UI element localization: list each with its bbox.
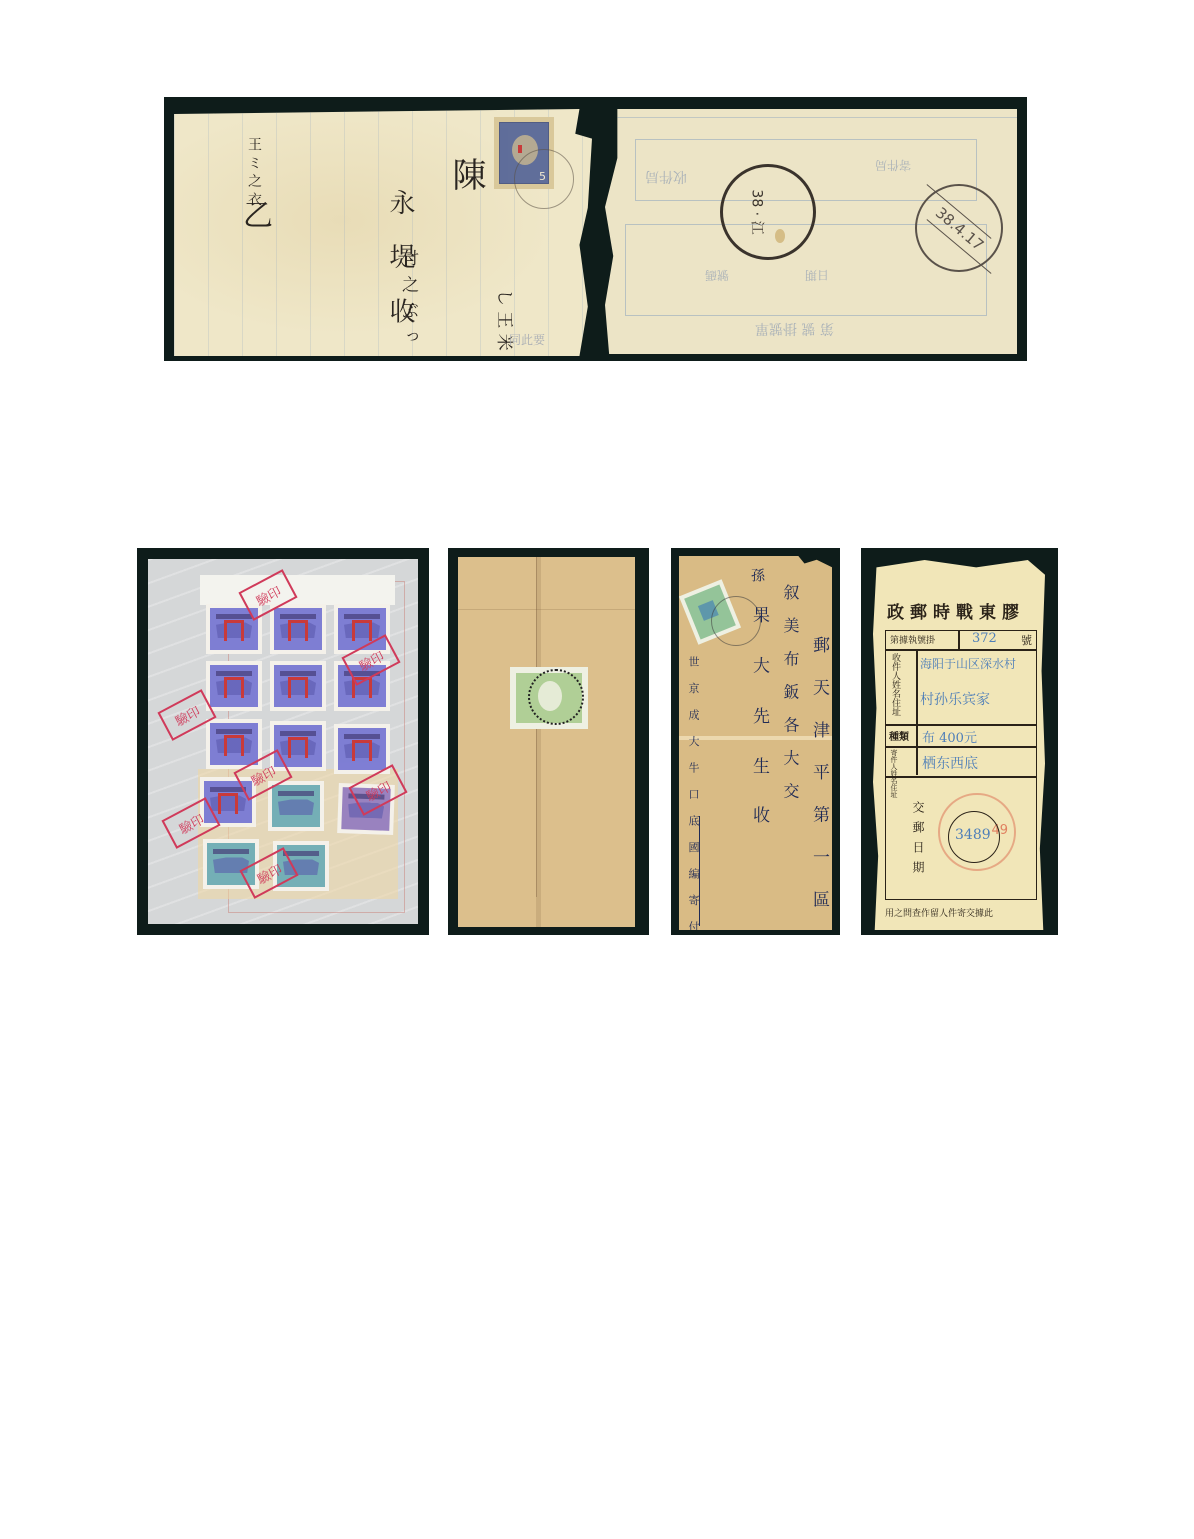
receipt-no-suffix: 號 xyxy=(1021,632,1032,648)
addressee-name: 果 大 先 生 xyxy=(747,606,772,788)
back-postmark-left: 38 · 江 xyxy=(720,164,816,260)
addressee-receive: 收 xyxy=(747,806,772,823)
wrapper-paper: 驗印驗印驗印驗印驗印驗印驗印 xyxy=(148,559,418,924)
green-stamp-postmark xyxy=(528,669,584,725)
return-column: 乙 xyxy=(232,199,276,229)
recipient-address-line2: 村孙乐宾家 xyxy=(920,689,990,709)
receipt-title: 膠東戰時郵政 xyxy=(887,598,1025,623)
printed-label-4: 收件局 xyxy=(645,167,687,187)
receipt-number: 372 xyxy=(972,631,997,646)
flap-line xyxy=(458,609,635,610)
address-column-3: 付 之 ぶ っ ま xyxy=(396,249,421,361)
stamp-handwritten-number: 3489 xyxy=(955,827,991,843)
back-postmark-right: 38.4.17 xyxy=(915,184,1003,272)
ship-stamp xyxy=(334,724,390,774)
front-postmark xyxy=(514,149,574,209)
brown-envelope-back-frame xyxy=(448,548,649,935)
postmark-left-text: 38 · 江 xyxy=(748,189,768,234)
ship-stamp xyxy=(270,661,326,711)
stamp-block-wrapper-frame: 驗印驗印驗印驗印驗印驗印驗印 xyxy=(137,548,429,935)
ship-stamp xyxy=(270,604,326,654)
receipt-no-label: 掛號執據第 xyxy=(890,633,935,646)
brown-envelope-back-paper xyxy=(458,557,635,927)
top-cover-back-frame: 號碼 日期 寄件局 收件局 第 號 掛號單 38 · 江 38.4.17 xyxy=(597,97,1027,361)
receipt-table: 掛號執據第 372 號 收件人姓名住址 海阳于山区深水村 村孙乐宾家 種類 布 … xyxy=(885,630,1037,900)
recipient-address-line1: 海阳于山区深水村 xyxy=(920,655,1016,672)
top-cover-front-frame: 5 陳 永 堤 收 付 之 ぶ っ ま し 王 米 従 ㄖ 天 河 傳 恭 王 … xyxy=(164,97,597,361)
ship-stamp xyxy=(206,661,262,711)
recipient-label: 收件人姓名住址 xyxy=(889,653,901,723)
printed-label-5: 第 號 掛號單 xyxy=(755,319,834,339)
envelope-front-paper: 5 陳 永 堤 收 付 之 ぶ っ ま し 王 米 従 ㄖ 天 河 傳 恭 王 … xyxy=(174,109,592,356)
front-printed-footer: 同此要 xyxy=(509,331,545,348)
receipt-paper: 膠東戰時郵政 掛號執據第 372 號 收件人姓名住址 海阳于山区深水村 村孙乐宾… xyxy=(873,560,1045,930)
envelope-back-paper: 號碼 日期 寄件局 收件局 第 號 掛號單 38 · 江 38.4.17 xyxy=(605,109,1017,354)
stain xyxy=(775,229,785,243)
address-col-city: 郵 天 津 平 第 一 區 xyxy=(807,636,832,917)
brown-envelope-front-paper: 郵 天 津 平 第 一 區 叙 美 布 鈑 各 大 交 孫 果 大 先 生 收 … xyxy=(679,556,832,930)
sender-label: 寄件人姓名住址 xyxy=(889,749,898,775)
margin-line xyxy=(699,816,700,926)
printed-line xyxy=(605,117,1017,118)
ship-stamp xyxy=(268,781,324,831)
address-column-1: 陳 xyxy=(442,157,491,191)
item-type-label: 種類 xyxy=(889,728,909,743)
address-column-5: 王 ミ 之 衣 xyxy=(244,137,264,206)
printed-label-3: 寄件局 xyxy=(875,157,911,174)
printed-label-1: 號碼 xyxy=(705,267,729,284)
stamp-overprint xyxy=(518,145,522,153)
registration-receipt-frame: 膠東戰時郵政 掛號執據第 372 號 收件人姓名住址 海阳于山区深水村 村孙乐宾… xyxy=(861,548,1058,935)
sender-value: 栖东西底 xyxy=(922,753,978,773)
receipt-footer: 此據交寄件人留作查問之用 xyxy=(885,906,993,919)
item-type-value: 布 400元 xyxy=(922,727,977,746)
printed-label-2: 日期 xyxy=(805,267,829,284)
addressee-surname: 孫 xyxy=(747,568,767,582)
black-circle-stamp: 3489 xyxy=(948,811,1000,863)
brown-envelope-front-frame: 郵 天 津 平 第 一 區 叙 美 布 鈑 各 大 交 孫 果 大 先 生 收 … xyxy=(671,548,840,935)
address-column-4: し 王 米 従 ㄖ 天 河 傳 恭 xyxy=(494,289,519,361)
posting-date-label: 交郵日期 xyxy=(910,801,927,881)
address-col-street: 叙 美 布 鈑 各 大 交 xyxy=(779,584,802,805)
